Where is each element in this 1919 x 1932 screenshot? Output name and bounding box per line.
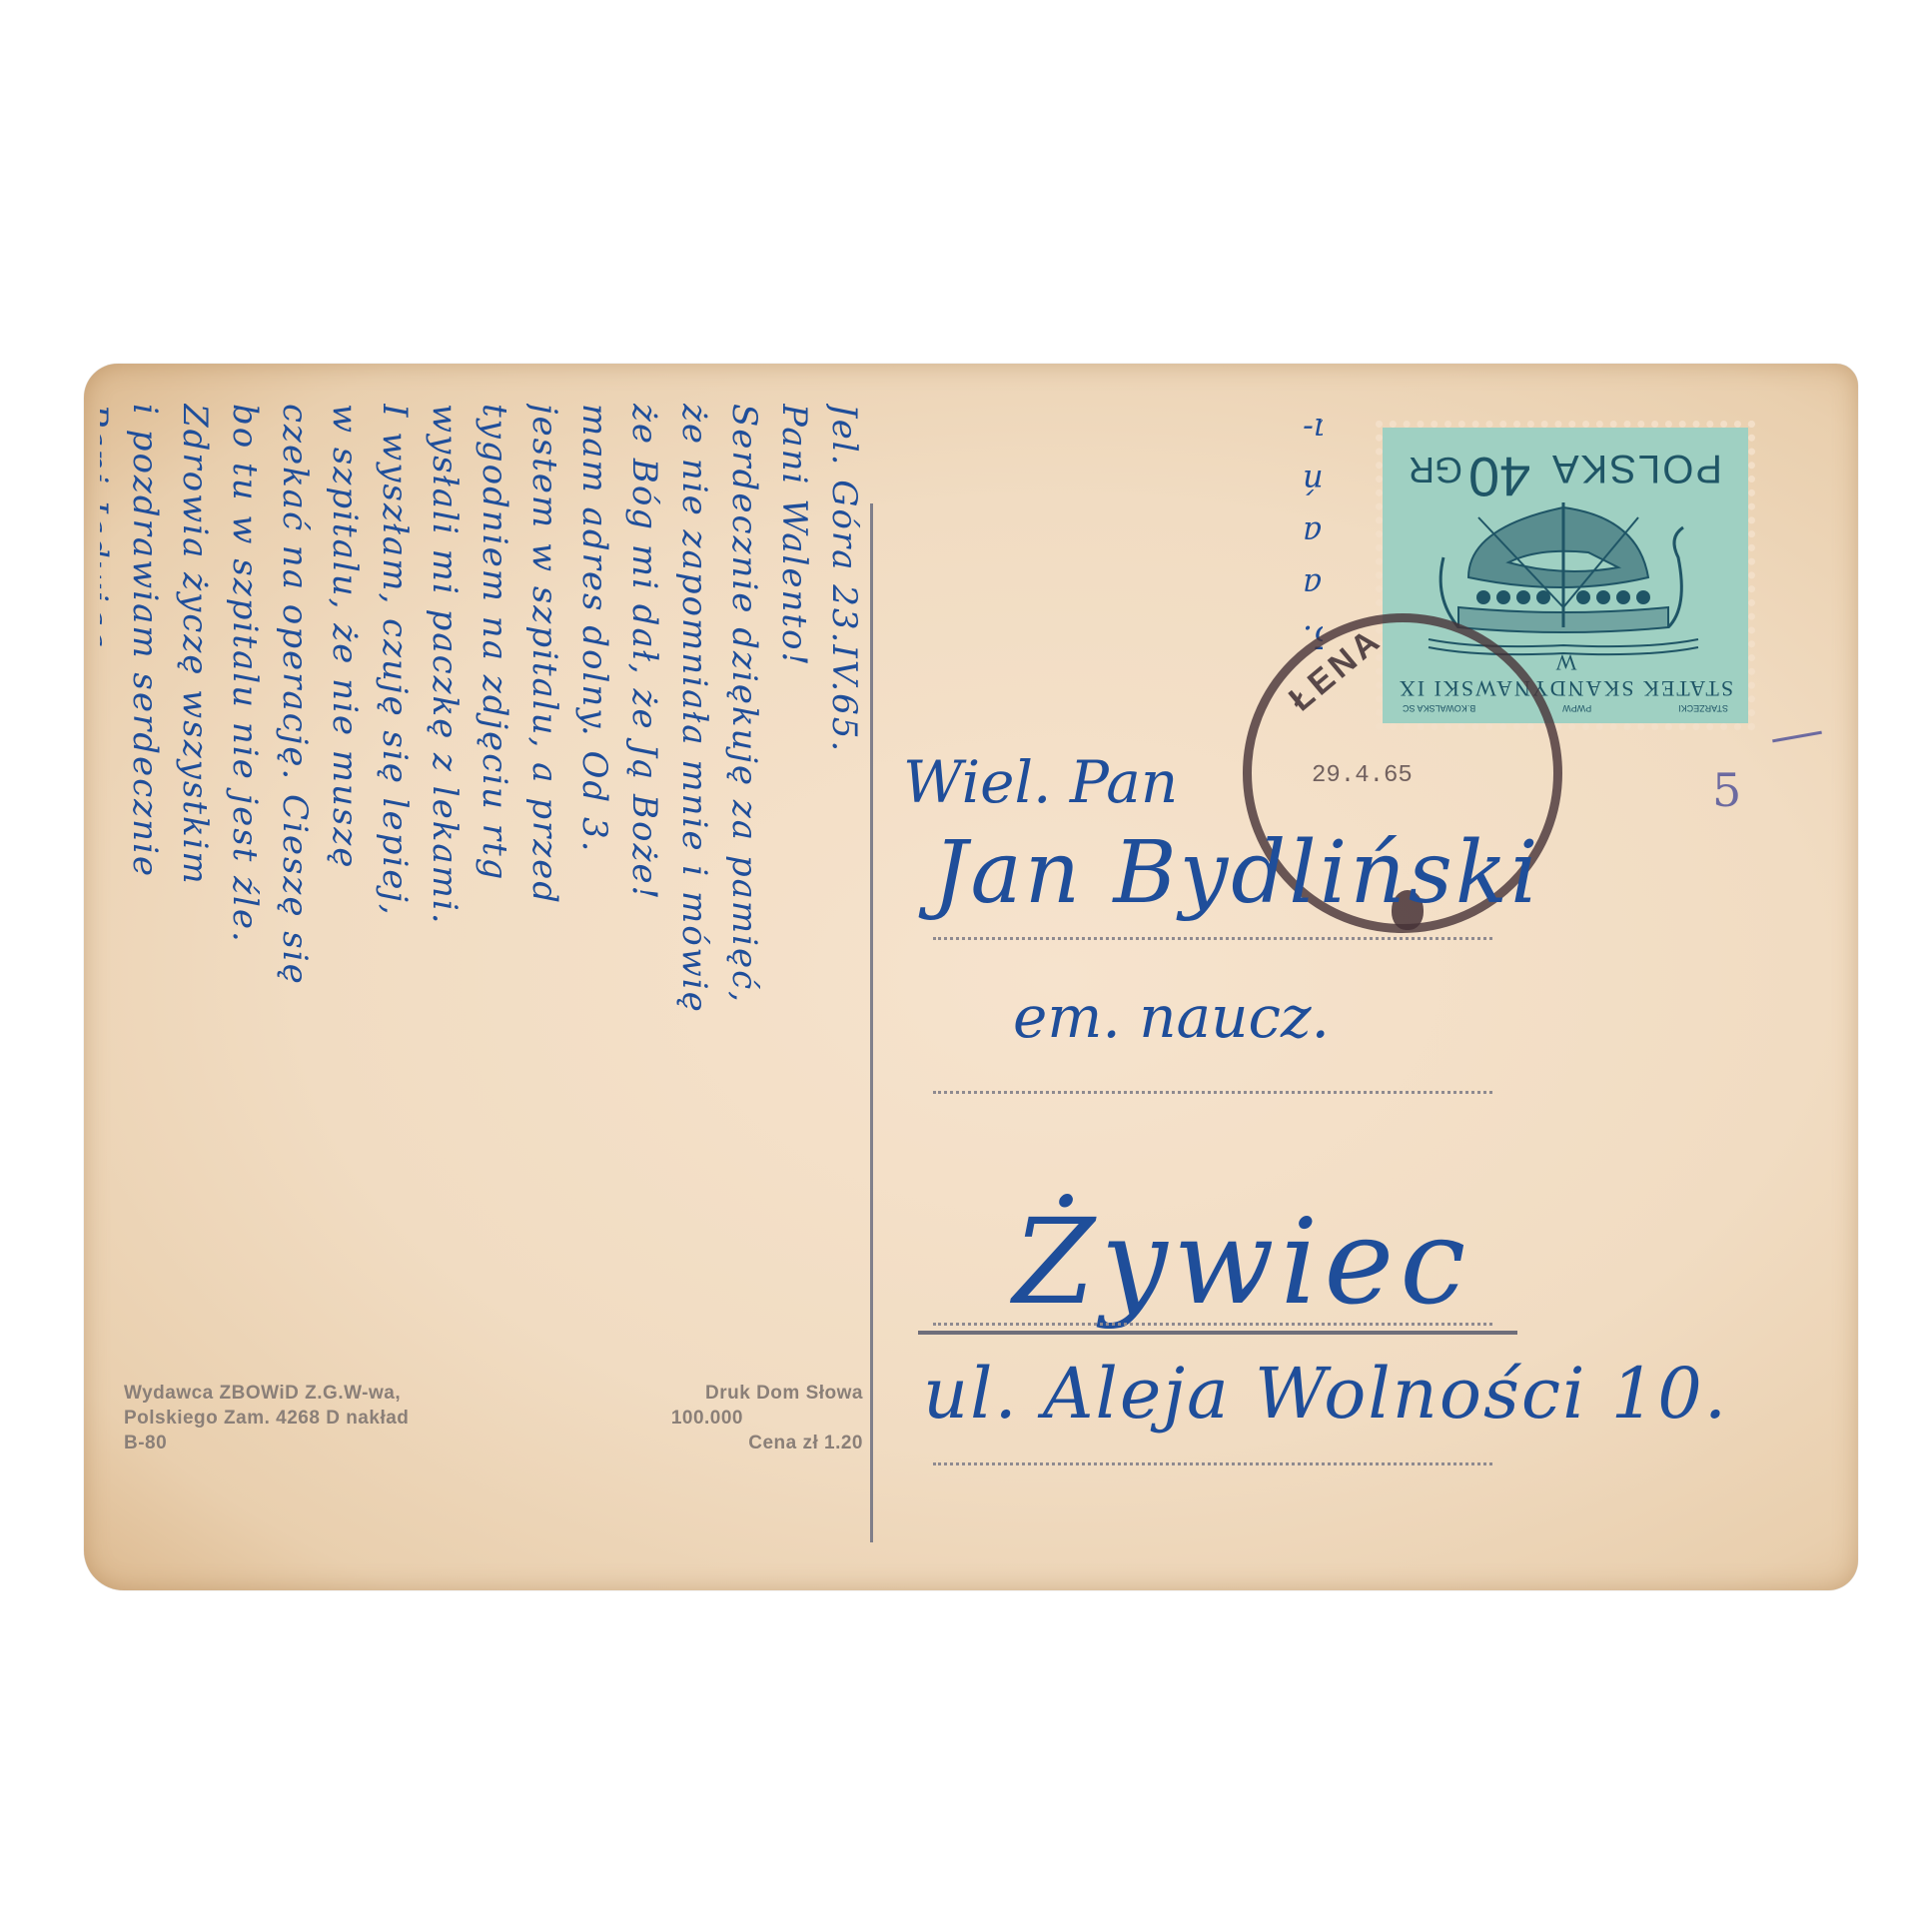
postmark-date: 29.4.65 (1312, 762, 1413, 789)
imprint-order: Polskiego Zam. 4268 D nakład (124, 1406, 409, 1431)
address-city: Żywiec (1013, 1193, 1471, 1331)
stamp-credit-center: PWPW (1562, 703, 1591, 713)
address-line-1 (933, 937, 1492, 940)
publisher-imprint: Wydawca ZBOWiD Z.G.W-wa, Druk Dom Słowa … (124, 1381, 863, 1455)
stamp-currency: GR (1409, 450, 1462, 490)
address-name: Jan Bydliński (933, 823, 1540, 923)
address-title: em. naucz. (1013, 983, 1330, 1051)
side-note-line: wszystkim od Ja- (1303, 404, 1323, 456)
imprint-printer: Druk Dom Słowa (705, 1381, 863, 1406)
address-city-underline (918, 1331, 1517, 1335)
imprint-price: Cena zł 1.20 (748, 1431, 863, 1455)
side-note-line: w. do. zobaczenia (1303, 559, 1323, 611)
pencil-dash (1772, 731, 1822, 743)
imprint-publisher: Wydawca ZBOWiD Z.G.W-wa, (124, 1381, 401, 1406)
stamp-value-number: 40 (1468, 446, 1530, 508)
address-salutation: Wiel. Pan (903, 748, 1178, 816)
side-note-line: i moc życzeń (1303, 456, 1323, 507)
imprint-print-run: 100.000 (671, 1406, 743, 1431)
address-line-2 (933, 1091, 1492, 1094)
address-line-3 (933, 1323, 1492, 1326)
imprint-code: B-80 (124, 1431, 167, 1455)
side-note-line: dużo zdrowia (1303, 507, 1323, 559)
pencil-mark: 5 (1712, 763, 1741, 817)
stamp-credit-left: STARZECKI (1678, 703, 1728, 713)
address-street: ul. Aleja Wolności 10. (923, 1353, 1728, 1435)
address-line-4 (933, 1462, 1492, 1465)
postcard: Jel. Góra 23.IV.65.Pani Walento!Serdeczn… (84, 364, 1858, 1590)
stamp-value: 40GR (1409, 442, 1530, 504)
stamp-country: POLSKA (1550, 446, 1722, 490)
message-line: Pani Jadwiga (100, 404, 120, 1562)
handwritten-side-note: Ko. 11.15.w. do. zobaczeniadużo zdrowiai… (903, 374, 1323, 663)
divider-line (870, 503, 873, 1542)
